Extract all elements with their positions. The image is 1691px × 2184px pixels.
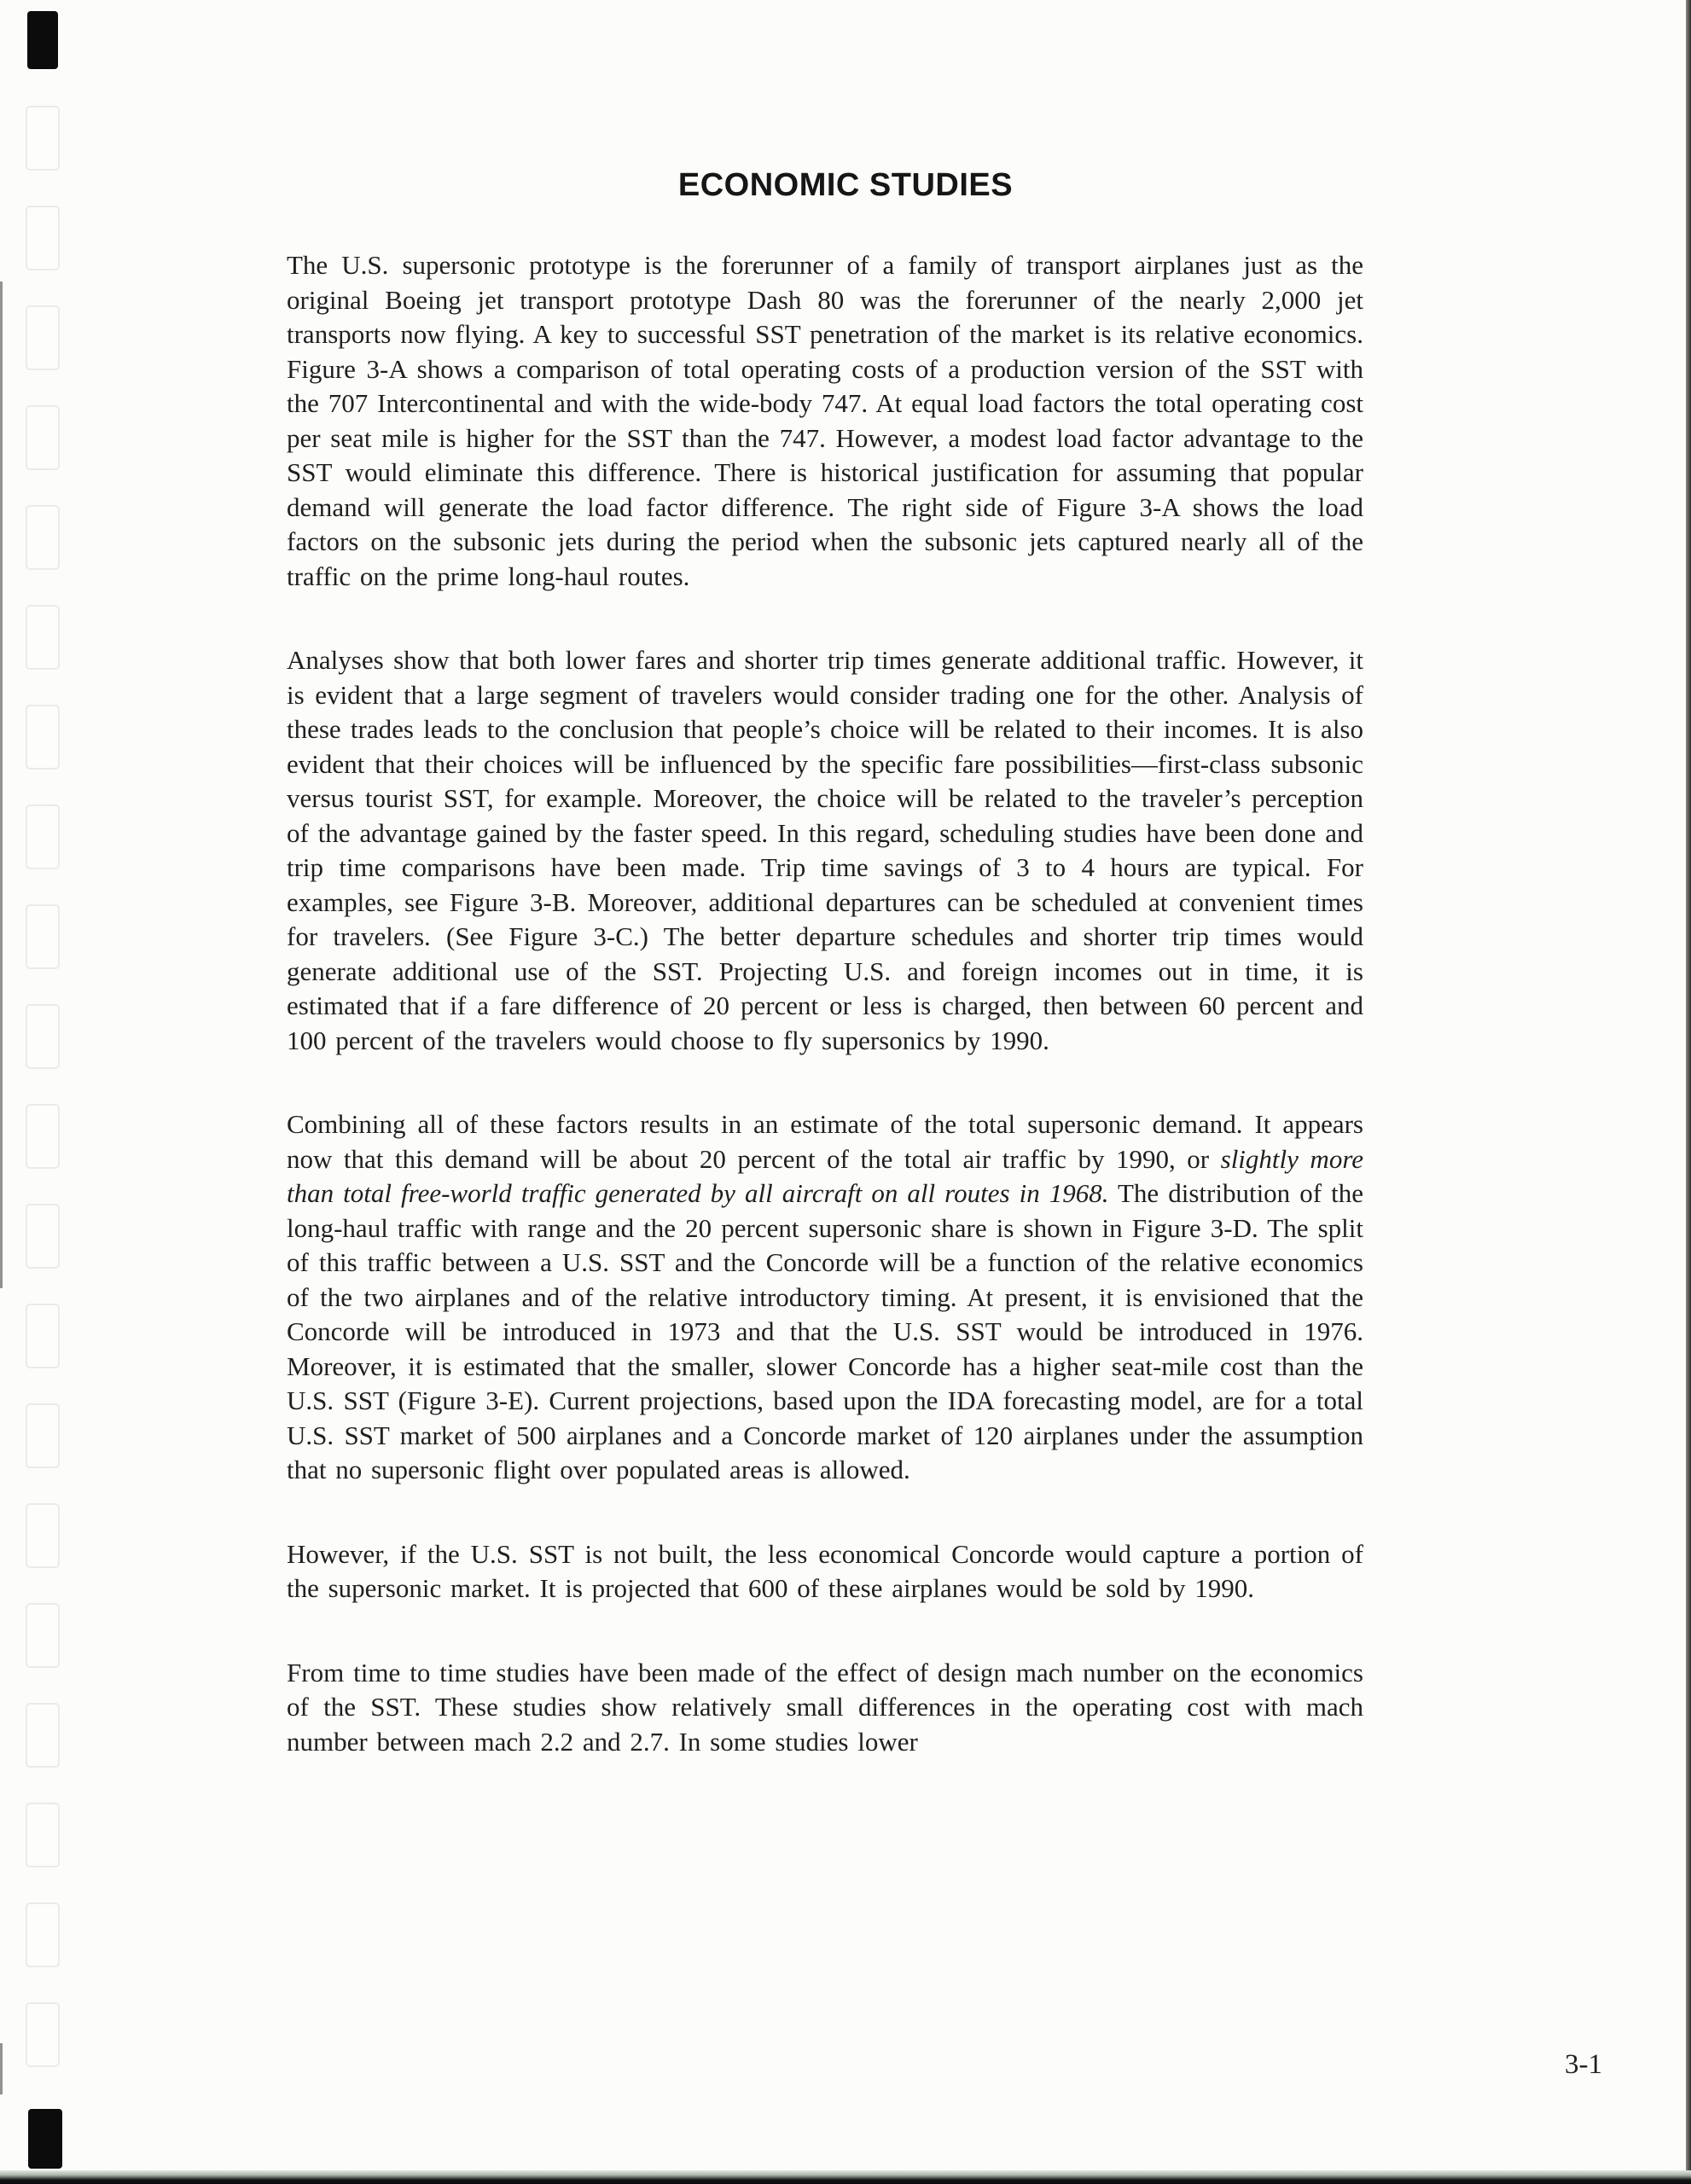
hole-punch-mark xyxy=(26,605,60,670)
binder-hole-column xyxy=(26,106,60,2068)
text-column: ECONOMIC STUDIES The U.S. supersonic pro… xyxy=(287,167,1363,1759)
hole-punch-mark xyxy=(26,305,60,370)
hole-punch-mark xyxy=(26,2002,60,2067)
paragraph-2: Analyses show that both lower fares and … xyxy=(287,643,1363,1058)
hole-punch-mark xyxy=(26,505,60,570)
hole-punch-mark xyxy=(26,1803,60,1867)
scanned-document-page: ECONOMIC STUDIES The U.S. supersonic pro… xyxy=(0,0,1691,2184)
hole-punch-mark xyxy=(26,904,60,969)
hole-punch-mark xyxy=(26,206,60,270)
paragraph-2-text: Analyses show that both lower fares and … xyxy=(287,645,1363,1055)
page-edge-bottom-shadow xyxy=(0,2170,1691,2184)
paragraph-1: The U.S. supersonic prototype is the for… xyxy=(287,248,1363,594)
page-title: ECONOMIC STUDIES xyxy=(307,167,1384,204)
page-number: 3-1 xyxy=(1565,2049,1602,2081)
page-edge-right-shadow xyxy=(1686,0,1691,2184)
paragraph-4: However, if the U.S. SST is not built, t… xyxy=(287,1537,1363,1606)
hole-punch-mark xyxy=(26,1902,60,1967)
hole-punch-mark xyxy=(26,705,60,770)
paragraph-1-text: The U.S. supersonic prototype is the for… xyxy=(287,250,1363,591)
hole-punch-mark xyxy=(26,1204,60,1269)
paragraph-5: From time to time studies have been made… xyxy=(287,1656,1363,1760)
page-edge-left-shadow xyxy=(0,282,3,1288)
hole-punch-mark xyxy=(26,1304,60,1368)
body-text: The U.S. supersonic prototype is the for… xyxy=(287,248,1363,1759)
hole-punch-mark xyxy=(26,1004,60,1069)
hole-punch-mark xyxy=(26,1703,60,1768)
paragraph-3-text-after: The distribution of the long-haul traffi… xyxy=(287,1178,1363,1484)
page-edge-left-shadow xyxy=(0,2043,3,2094)
hole-punch-mark xyxy=(26,1403,60,1468)
hole-punch-mark xyxy=(26,1603,60,1668)
hole-punch-mark xyxy=(26,106,60,171)
paragraph-3-text-before: Combining all of these factors results i… xyxy=(287,1109,1363,1174)
scanner-mark-bottom-left xyxy=(28,2109,62,2169)
paragraph-3: Combining all of these factors results i… xyxy=(287,1107,1363,1488)
scanner-mark-top-left xyxy=(27,11,58,69)
hole-punch-mark xyxy=(26,1503,60,1568)
hole-punch-mark xyxy=(26,1104,60,1169)
hole-punch-mark xyxy=(26,405,60,470)
hole-punch-mark xyxy=(26,804,60,869)
paragraph-5-text: From time to time studies have been made… xyxy=(287,1658,1363,1757)
paragraph-4-text: However, if the U.S. SST is not built, t… xyxy=(287,1539,1363,1604)
